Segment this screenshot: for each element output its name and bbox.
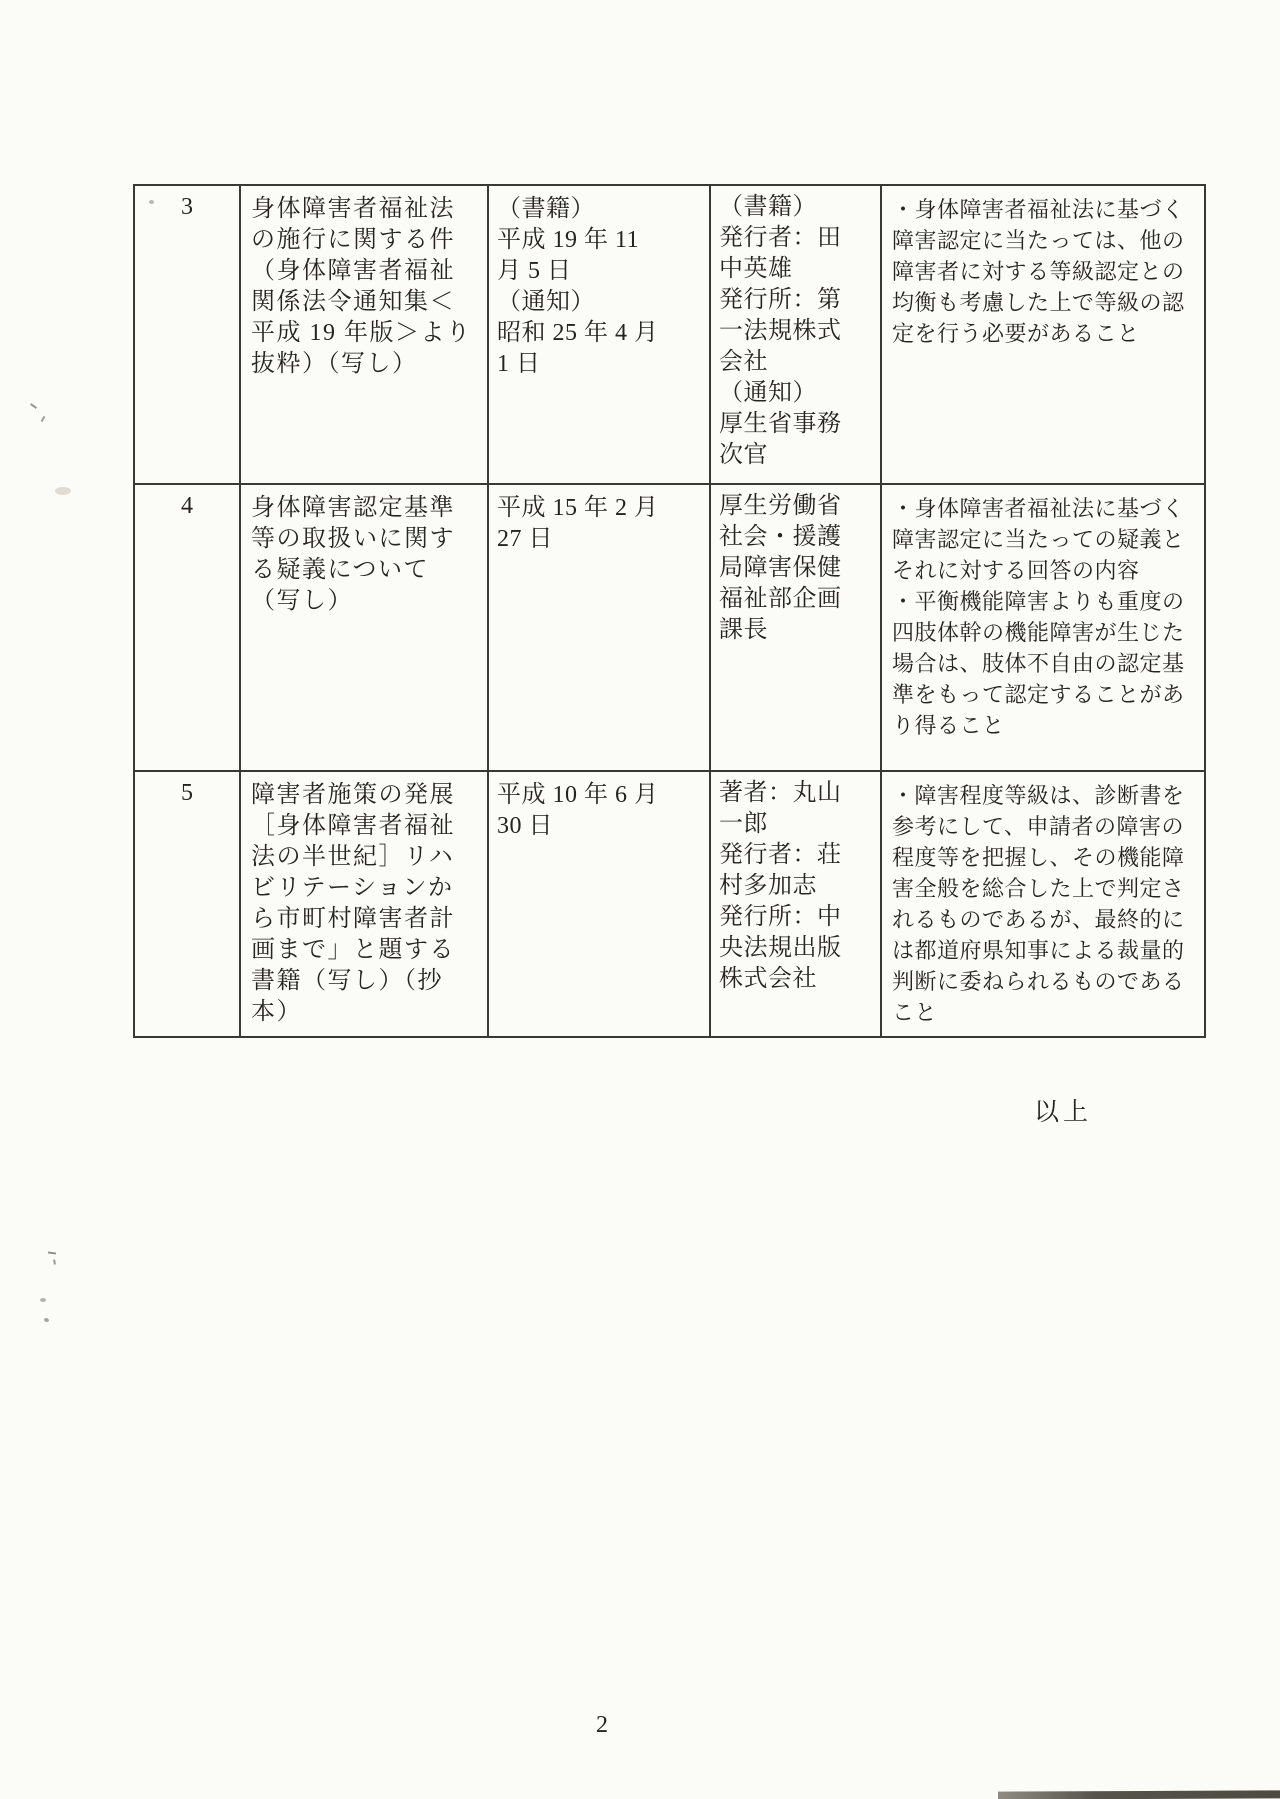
scan-artifact — [40, 1298, 46, 1302]
evidence-title-cell: 身体障害者福祉法 の施行に関する件 （身体障害者福祉 関係法令通知集＜ 平成 1… — [240, 185, 488, 484]
evidence-issuer-cell: 厚生労働省 社会・援護 局障害保健 福祉部企画 課長 — [710, 484, 881, 771]
evidence-title-cell: 身体障害認定基準 等の取扱いに関す る疑義について （写し） — [240, 484, 488, 771]
scan-artifact — [55, 487, 71, 495]
scan-artifact — [43, 1317, 49, 1322]
evidence-date-cell: 平成 10 年 6 月 30 日 — [488, 771, 710, 1037]
table-row: 3 身体障害者福祉法 の施行に関する件 （身体障害者福祉 関係法令通知集＜ 平成… — [134, 185, 1205, 484]
row-number-cell: 4 — [134, 484, 240, 771]
row-number-cell: 5 — [134, 771, 240, 1037]
evidence-date-cell: 平成 15 年 2 月 27 日 — [488, 484, 710, 771]
evidence-summary-cell: ・身体障害者福祉法に基づく 障害認定に当たっては、他の 障害者に対する等級認定と… — [881, 185, 1205, 484]
evidence-summary-cell: ・障害程度等級は、診断書を 参考にして、申請者の障害の 程度等を把握し、その機能… — [881, 771, 1205, 1037]
evidence-table: 3 身体障害者福祉法 の施行に関する件 （身体障害者福祉 関係法令通知集＜ 平成… — [133, 184, 1206, 1038]
row-number-cell: 3 — [134, 185, 240, 484]
evidence-issuer-cell: （書籍） 発行者：田 中英雄 発行所：第 一法規株式 会社 （通知） 厚生省事務… — [710, 185, 881, 484]
scan-artifact — [53, 1259, 56, 1264]
evidence-issuer-cell: 著者：丸山 一郎 発行者：荘 村多加志 発行所：中 央法規出版 株式会社 — [710, 771, 881, 1037]
table-row: 4 身体障害認定基準 等の取扱いに関す る疑義について （写し） 平成 15 年… — [134, 484, 1205, 771]
closing-text: 以上 — [1034, 1092, 1092, 1128]
scan-artifact — [41, 416, 46, 422]
scan-artifact — [48, 1251, 56, 1254]
evidence-title-cell: 障害者施策の発展 ［身体障害者福祉 法の半世紀］リハ ビリテーションか ら市町村… — [240, 771, 488, 1037]
table-row: 5 障害者施策の発展 ［身体障害者福祉 法の半世紀］リハ ビリテーションか ら市… — [134, 771, 1205, 1037]
evidence-date-cell: （書籍） 平成 19 年 11 月 5 日 （通知） 昭和 25 年 4 月 1… — [488, 185, 710, 484]
document-page: 3 身体障害者福祉法 の施行に関する件 （身体障害者福祉 関係法令通知集＜ 平成… — [0, 0, 1280, 1799]
evidence-summary-cell: ・身体障害者福祉法に基づく 障害認定に当たっての疑義と それに対する回答の内容 … — [881, 484, 1205, 771]
scan-edge-bar — [998, 1790, 1280, 1799]
page-number: 2 — [596, 1712, 608, 1739]
scan-artifact — [30, 403, 37, 409]
